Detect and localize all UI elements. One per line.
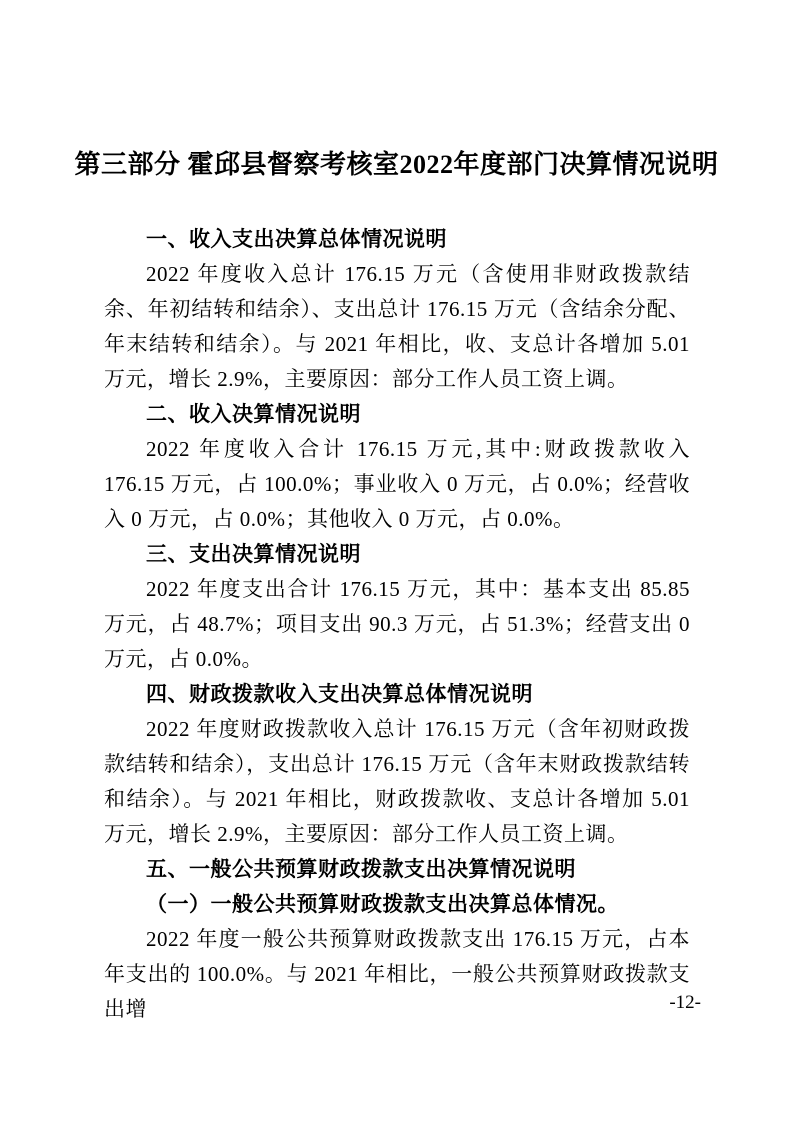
section-heading-general-public-budget: 五、一般公共预算财政拨款支出决算情况说明	[104, 852, 690, 887]
section-heading-expenditure-details: 三、支出决算情况说明	[104, 537, 690, 572]
section-paragraph-income-details: 2022 年度收入合计 176.15 万元,其中:财政拨款收入 176.15 万…	[104, 432, 690, 537]
section-heading-income-details: 二、收入决算情况说明	[104, 397, 690, 432]
section-paragraph-general-public-budget: 2022 年度一般公共预算财政拨款支出 176.15 万元，占本年支出的 100…	[104, 922, 690, 1027]
section-paragraph-income-expenditure-overview: 2022 年度收入总计 176.15 万元（含使用非财政拨款结余、年初结转和结余…	[104, 257, 690, 397]
section-paragraph-fiscal-appropriation-overview: 2022 年度财政拨款收入总计 176.15 万元（含年初财政拨款结转和结余），…	[104, 712, 690, 852]
page-number: -12-	[669, 992, 701, 1014]
section-heading-income-expenditure-overview: 一、收入支出决算总体情况说明	[104, 222, 690, 257]
document-page: 第三部分 霍邱县督察考核室2022年度部门决算情况说明 一、收入支出决算总体情况…	[0, 0, 793, 1122]
document-body: 一、收入支出决算总体情况说明 2022 年度收入总计 176.15 万元（含使用…	[104, 222, 690, 1027]
section-paragraph-expenditure-details: 2022 年度支出合计 176.15 万元，其中：基本支出 85.85 万元，占…	[104, 572, 690, 677]
subsection-heading-general-public-budget-overview: （一）一般公共预算财政拨款支出决算总体情况。	[104, 887, 690, 922]
page-title: 第三部分 霍邱县督察考核室2022年度部门决算情况说明	[60, 144, 733, 186]
section-heading-fiscal-appropriation-overview: 四、财政拨款收入支出决算总体情况说明	[104, 677, 690, 712]
